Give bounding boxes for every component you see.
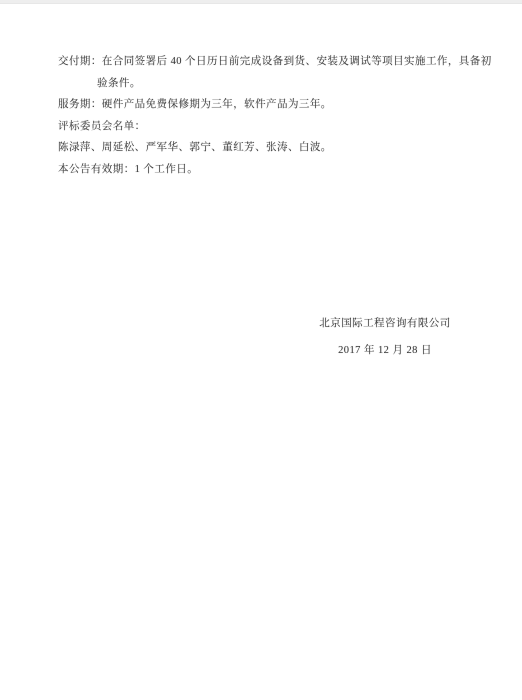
company-signature: 北京国际工程咨询有限公司 <box>298 310 472 337</box>
delivery-period-continuation-line: 验条件。 <box>58 73 478 95</box>
evaluation-committee-heading: 评标委员会名单： <box>58 116 478 138</box>
page-top-edge <box>0 0 522 4</box>
signature-date: 2017 年 12 月 28 日 <box>298 337 472 364</box>
document-body: 交付期：在合同签署后 40 个日历日前完成设备到货、安装及调试等项目实施工作，具… <box>58 51 478 180</box>
delivery-period-line: 交付期：在合同签署后 40 个日历日前完成设备到货、安装及调试等项目实施工作，具… <box>58 51 478 73</box>
announcement-validity-line: 本公告有效期：1 个工作日。 <box>58 159 478 181</box>
committee-members-line: 陈渌萍、周延松、严军华、郭宁、董红芳、张涛、白波。 <box>58 137 478 159</box>
service-period-line: 服务期：硬件产品免费保修期为三年，软件产品为三年。 <box>58 94 478 116</box>
signature-block: 北京国际工程咨询有限公司 2017 年 12 月 28 日 <box>298 310 472 364</box>
document-page: 交付期：在合同签署后 40 个日历日前完成设备到货、安装及调试等项目实施工作，具… <box>0 0 522 700</box>
